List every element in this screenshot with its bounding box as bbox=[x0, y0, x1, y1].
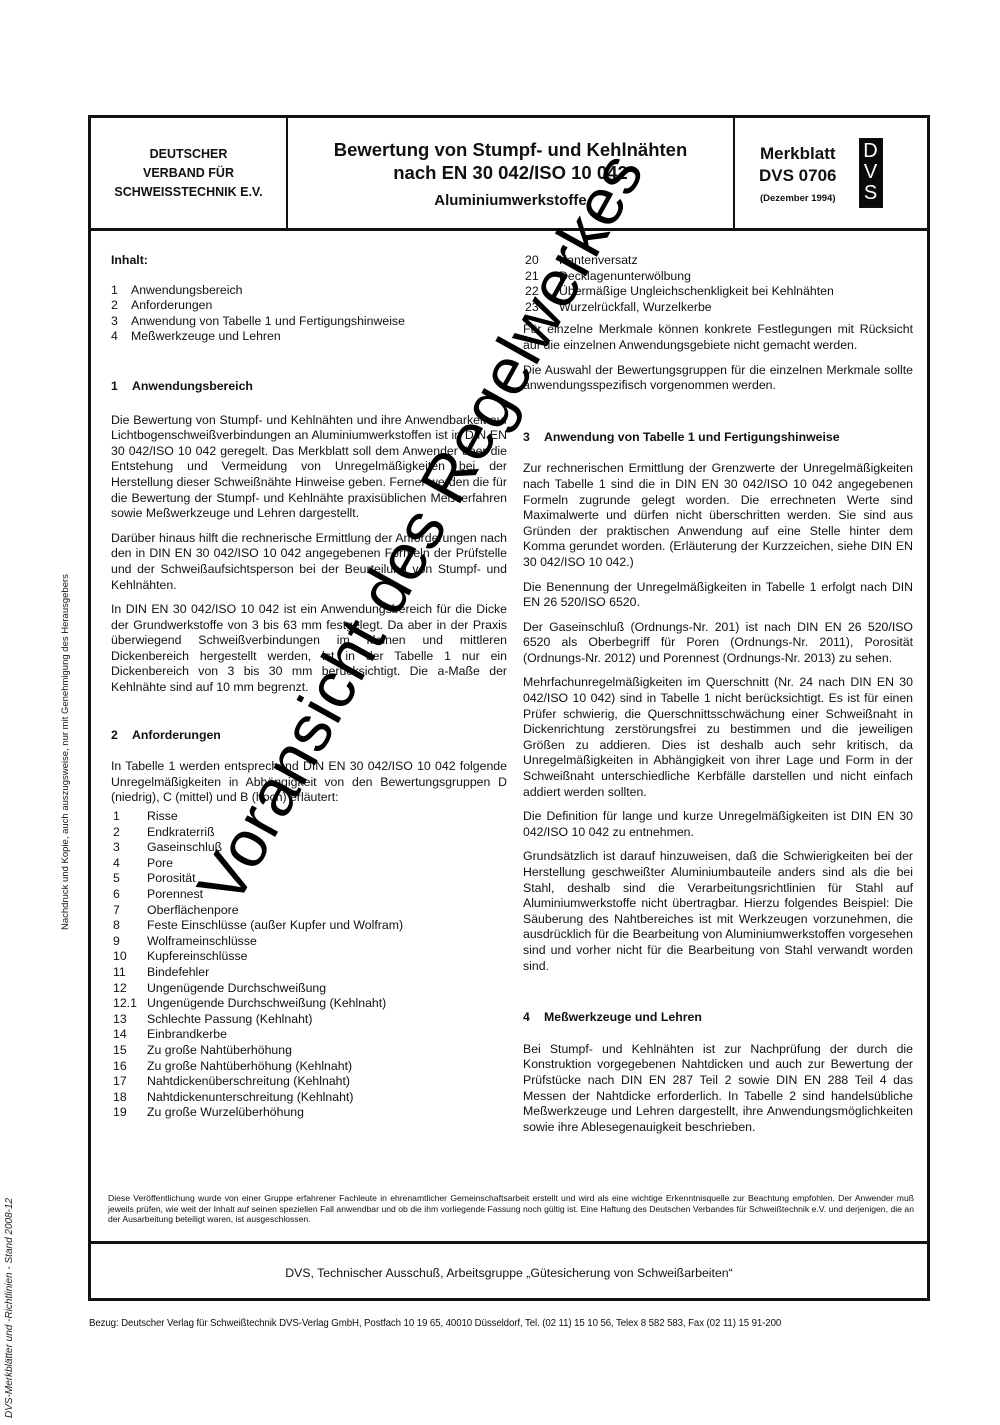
paragraph: Die Auswahl der Bewertungsgruppen für di… bbox=[523, 363, 913, 394]
left-column: Inhalt: 1Anwendungsbereich 2Anforderunge… bbox=[111, 253, 507, 1121]
irregularity-item: 8Feste Einschlüsse (außer Kupfer und Wol… bbox=[111, 918, 507, 934]
irregularity-list: 1Risse2Endkraterriß3Gaseinschluß4Pore5Po… bbox=[111, 809, 507, 1121]
paragraph: Der Gaseinschluß (Ordnungs-Nr. 201) ist … bbox=[523, 620, 913, 667]
title-block: Bewertung von Stumpf- und Kehlnähten nac… bbox=[288, 118, 735, 228]
irregularity-item: 19Zu große Wurzelüberhöhung bbox=[111, 1105, 507, 1121]
paragraph: Bei Stumpf- und Kehlnähten ist zur Nachp… bbox=[523, 1042, 913, 1136]
paragraph: In Tabelle 1 werden entsprechend DIN EN … bbox=[111, 759, 507, 806]
document-subtitle: Aluminiumwerkstoffe bbox=[434, 192, 587, 209]
divider bbox=[91, 1241, 927, 1244]
irregularity-item: 15Zu große Nahtüberhöhung bbox=[111, 1043, 507, 1059]
table-of-contents: 1Anwendungsbereich 2Anforderungen 3Anwen… bbox=[111, 283, 507, 345]
irregularity-item: 22Übermäßige Ungleichschenkligkeit bei K… bbox=[523, 284, 913, 300]
document-title-line1: Bewertung von Stumpf- und Kehlnähten bbox=[334, 138, 688, 161]
publisher-line: SCHWEISSTECHNIK E.V. bbox=[114, 183, 262, 202]
doc-date: (Dezember 1994) bbox=[759, 193, 837, 204]
irregularity-item: 13Schlechte Passung (Kehlnaht) bbox=[111, 1012, 507, 1028]
logo-letter: S bbox=[864, 183, 877, 204]
paragraph: Die Bewertung von Stumpf- und Kehlnähten… bbox=[111, 413, 507, 522]
paragraph: Für einzelne Merkmale können konkrete Fe… bbox=[523, 322, 913, 353]
irregularity-item: 21Decklagenunterwölbung bbox=[523, 269, 913, 285]
section-heading-1: 1Anwendungsbereich bbox=[111, 379, 507, 395]
irregularity-item: 4Pore bbox=[111, 856, 507, 872]
document-title-line2: nach EN 30 042/ISO 10 042 bbox=[393, 161, 627, 184]
irregularity-item: 18Nahtdickenunterschreitung (Kehlnaht) bbox=[111, 1090, 507, 1106]
irregularity-item: 12.1Ungenügende Durchschweißung (Kehlnah… bbox=[111, 996, 507, 1012]
copyright-side-note: Nachdruck und Kopie, auch auszugsweise, … bbox=[60, 574, 71, 930]
irregularity-item: 6Porennest bbox=[111, 887, 507, 903]
publisher-contact: Bezug: Deutscher Verlag für Schweißtechn… bbox=[89, 1318, 939, 1329]
logo-letter: V bbox=[864, 162, 877, 183]
irregularity-item: 10Kupfereinschlüsse bbox=[111, 949, 507, 965]
irregularity-item: 23Wurzelrückfall, Wurzelkerbe bbox=[523, 300, 913, 316]
liability-disclaimer: Diese Veröffentlichung wurde von einer G… bbox=[108, 1193, 914, 1225]
toc-item: 2Anforderungen bbox=[111, 298, 507, 314]
document-frame: DEUTSCHER VERBAND FÜR SCHWEISSTECHNIK E.… bbox=[88, 115, 930, 1301]
doc-id-block: Merkblatt DVS 0706 (Dezember 1994) D V S bbox=[735, 118, 927, 228]
paragraph: Grundsätzlich ist darauf hinzuweisen, da… bbox=[523, 849, 913, 974]
irregularity-item: 11Bindefehler bbox=[111, 965, 507, 981]
publisher-line: DEUTSCHER bbox=[150, 145, 228, 164]
irregularity-item: 16Zu große Nahtüberhöhung (Kehlnaht) bbox=[111, 1059, 507, 1075]
irregularity-list-continued: 20Kantenversatz21Decklagenunterwölbung22… bbox=[523, 253, 913, 315]
dvs-logo-icon: D V S bbox=[859, 138, 883, 208]
right-column: 20Kantenversatz21Decklagenunterwölbung22… bbox=[523, 253, 913, 1144]
irregularity-item: 2Endkraterriß bbox=[111, 825, 507, 841]
irregularity-item: 7Oberflächenpore bbox=[111, 903, 507, 919]
irregularity-item: 17Nahtdickenüberschreitung (Kehlnaht) bbox=[111, 1074, 507, 1090]
paragraph: Zur rechnerischen Ermittlung der Grenzwe… bbox=[523, 461, 913, 570]
publisher-line: VERBAND FÜR bbox=[143, 164, 234, 183]
irregularity-item: 5Porosität bbox=[111, 871, 507, 887]
paragraph: Die Definition für lange und kurze Unreg… bbox=[523, 809, 913, 840]
irregularity-item: 9Wolframeinschlüsse bbox=[111, 934, 507, 950]
irregularity-item: 12Ungenügende Durchschweißung bbox=[111, 981, 507, 997]
section-heading-2: 2Anforderungen bbox=[111, 728, 507, 744]
irregularity-item: 1Risse bbox=[111, 809, 507, 825]
section-heading-3: 3Anwendung von Tabelle 1 und Fertigungsh… bbox=[523, 430, 913, 446]
toc-title: Inhalt: bbox=[111, 253, 507, 269]
toc-item: 4Meßwerkzeuge und Lehren bbox=[111, 329, 507, 345]
irregularity-item: 14Einbrandkerbe bbox=[111, 1027, 507, 1043]
irregularity-item: 20Kantenversatz bbox=[523, 253, 913, 269]
paragraph: Die Benennung der Unregelmäßigkeiten in … bbox=[523, 580, 913, 611]
doc-type: Merkblatt bbox=[759, 143, 837, 165]
publisher-block: DEUTSCHER VERBAND FÜR SCHWEISSTECHNIK E.… bbox=[91, 118, 288, 228]
committee-note: DVS, Technischer Ausschuß, Arbeitsgruppe… bbox=[91, 1266, 927, 1280]
edition-side-note: DVS-Merkblätter und -Richtlinien - Stand… bbox=[4, 1198, 15, 1418]
logo-letter: D bbox=[863, 141, 877, 162]
section-heading-4: 4Meßwerkzeuge und Lehren bbox=[523, 1010, 913, 1026]
irregularity-item: 3Gaseinschluß bbox=[111, 840, 507, 856]
document-header: DEUTSCHER VERBAND FÜR SCHWEISSTECHNIK E.… bbox=[91, 118, 927, 231]
doc-number: DVS 0706 bbox=[759, 165, 837, 187]
paragraph: Mehrfachunregelmäßigkeiten im Querschnit… bbox=[523, 675, 913, 800]
toc-item: 1Anwendungsbereich bbox=[111, 283, 507, 299]
paragraph: Darüber hinaus hilft die rechnerische Er… bbox=[111, 531, 507, 593]
toc-item: 3Anwendung von Tabelle 1 und Fertigungsh… bbox=[111, 314, 507, 330]
paragraph: In DIN EN 30 042/ISO 10 042 ist ein Anwe… bbox=[111, 602, 507, 696]
